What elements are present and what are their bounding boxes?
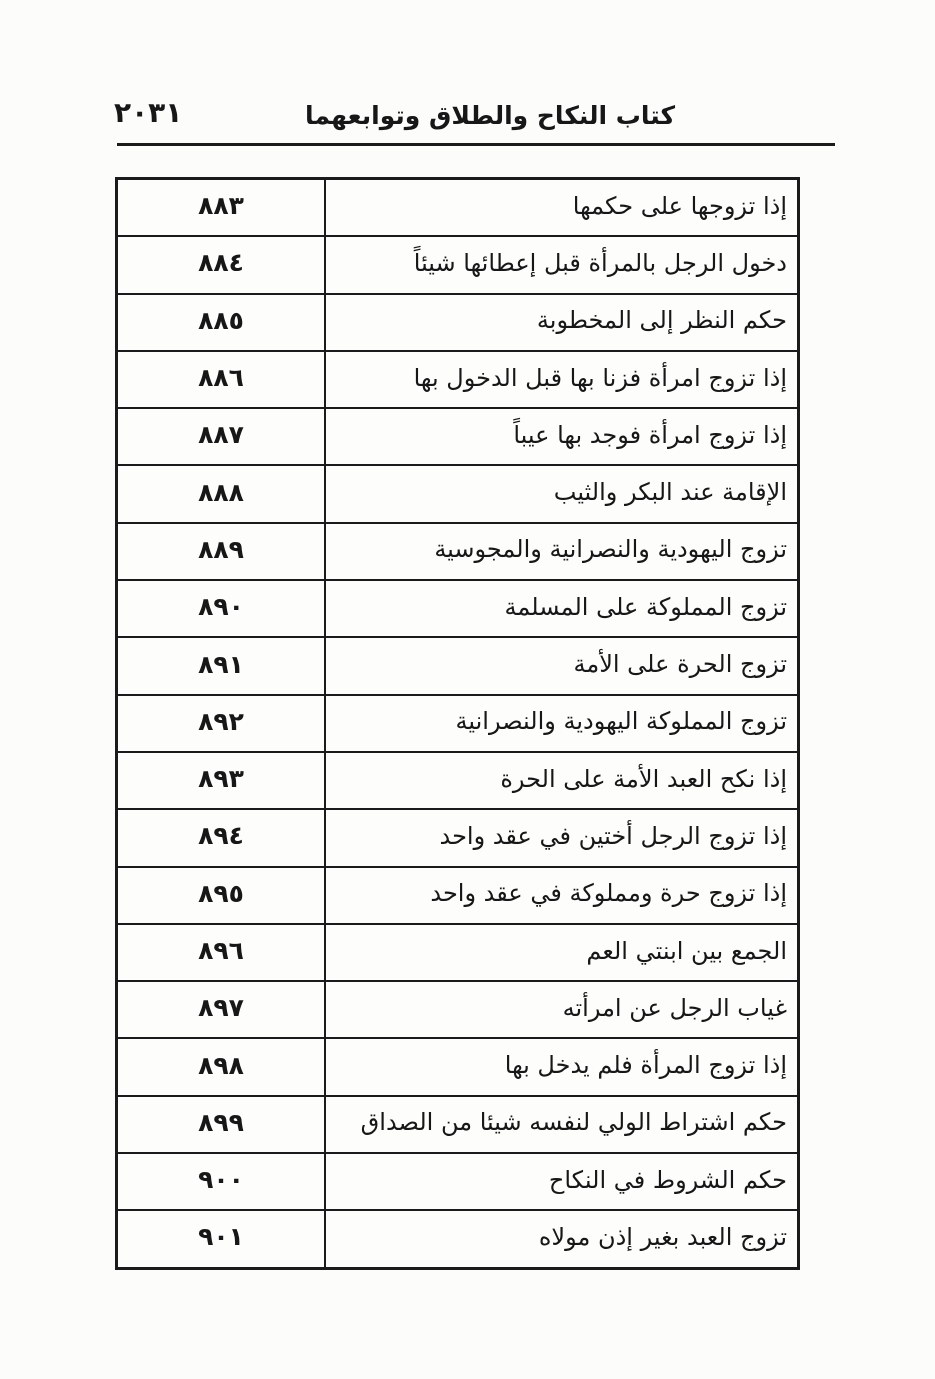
entry-page-number: ٨٨٤ bbox=[118, 237, 324, 292]
table-row: الجمع بين ابنتي العم٨٩٦ bbox=[118, 925, 797, 982]
entry-title: تزوج العبد بغير إذن مولاه bbox=[324, 1211, 797, 1266]
table-row: إذا تزوج حرة ومملوكة في عقد واحد٨٩٥ bbox=[118, 868, 797, 925]
entry-page-number: ٨٨٩ bbox=[118, 524, 324, 579]
entry-page-number: ٨٩٥ bbox=[118, 868, 324, 923]
entry-page-number: ٩٠١ bbox=[118, 1211, 324, 1266]
table-row: تزوج اليهودية والنصرانية والمجوسية٨٨٩ bbox=[118, 524, 797, 581]
header-rule bbox=[117, 143, 835, 146]
entry-page-number: ٨٨٦ bbox=[118, 352, 324, 407]
entry-page-number: ٨٨٣ bbox=[118, 180, 324, 235]
entry-title: الإقامة عند البكر والثيب bbox=[324, 466, 797, 521]
entry-page-number: ٨٩٢ bbox=[118, 696, 324, 751]
entry-page-number: ٨٩٦ bbox=[118, 925, 324, 980]
table-row: حكم الشروط في النكاح٩٠٠ bbox=[118, 1154, 797, 1211]
entry-title: دخول الرجل بالمرأة قبل إعطائها شيئاً bbox=[324, 237, 797, 292]
entry-title: إذا تزوجها على حكمها bbox=[324, 180, 797, 235]
entry-page-number: ٨٩٨ bbox=[118, 1039, 324, 1094]
table-row: تزوج المملوكة على المسلمة٨٩٠ bbox=[118, 581, 797, 638]
entry-title: غياب الرجل عن امرأته bbox=[324, 982, 797, 1037]
table-row: غياب الرجل عن امرأته٨٩٧ bbox=[118, 982, 797, 1039]
entry-title: إذا نكح العبد الأمة على الحرة bbox=[324, 753, 797, 808]
table-row: الإقامة عند البكر والثيب٨٨٨ bbox=[118, 466, 797, 523]
toc-table: إذا تزوجها على حكمها٨٨٣دخول الرجل بالمرأ… bbox=[115, 177, 800, 1270]
entry-page-number: ٨٩٠ bbox=[118, 581, 324, 636]
table-row: حكم اشتراط الولي لنفسه شيئا من الصداق٨٩٩ bbox=[118, 1097, 797, 1154]
table-row: إذا تزوج المرأة فلم يدخل بها٨٩٨ bbox=[118, 1039, 797, 1096]
entry-page-number: ٨٨٨ bbox=[118, 466, 324, 521]
entry-page-number: ٨٩٤ bbox=[118, 810, 324, 865]
table-row: إذا تزوج امرأة فزنا بها قبل الدخول بها٨٨… bbox=[118, 352, 797, 409]
entry-title: تزوج المملوكة على المسلمة bbox=[324, 581, 797, 636]
entry-page-number: ٨٨٧ bbox=[118, 409, 324, 464]
entry-title: إذا تزوج امرأة فوجد بها عيباً bbox=[324, 409, 797, 464]
table-row: إذا نكح العبد الأمة على الحرة٨٩٣ bbox=[118, 753, 797, 810]
entry-title: حكم اشتراط الولي لنفسه شيئا من الصداق bbox=[324, 1097, 797, 1152]
entry-title: إذا تزوج امرأة فزنا بها قبل الدخول بها bbox=[324, 352, 797, 407]
table-row: إذا تزوجها على حكمها٨٨٣ bbox=[118, 180, 797, 237]
table-row: تزوج العبد بغير إذن مولاه٩٠١ bbox=[118, 1211, 797, 1266]
book-page: { "header": { "page_number": "٢٠٣١", "ti… bbox=[0, 0, 935, 1379]
table-row: حكم النظر إلى المخطوبة٨٨٥ bbox=[118, 295, 797, 352]
entry-page-number: ٨٩٩ bbox=[118, 1097, 324, 1152]
entry-title: حكم الشروط في النكاح bbox=[324, 1154, 797, 1209]
table-row: تزوج المملوكة اليهودية والنصرانية٨٩٢ bbox=[118, 696, 797, 753]
entry-page-number: ٨٩١ bbox=[118, 638, 324, 693]
entry-title: الجمع بين ابنتي العم bbox=[324, 925, 797, 980]
entry-title: حكم النظر إلى المخطوبة bbox=[324, 295, 797, 350]
entry-title: إذا تزوج حرة ومملوكة في عقد واحد bbox=[324, 868, 797, 923]
entry-title: إذا تزوج الرجل أختين في عقد واحد bbox=[324, 810, 797, 865]
entry-title: تزوج اليهودية والنصرانية والمجوسية bbox=[324, 524, 797, 579]
page-number: ٢٠٣١ bbox=[114, 96, 182, 129]
entry-title: تزوج الحرة على الأمة bbox=[324, 638, 797, 693]
entry-page-number: ٨٨٥ bbox=[118, 295, 324, 350]
entry-title: تزوج المملوكة اليهودية والنصرانية bbox=[324, 696, 797, 751]
table-row: إذا تزوج امرأة فوجد بها عيباً٨٨٧ bbox=[118, 409, 797, 466]
entry-page-number: ٩٠٠ bbox=[118, 1154, 324, 1209]
entry-title: إذا تزوج المرأة فلم يدخل بها bbox=[324, 1039, 797, 1094]
entry-page-number: ٨٩٣ bbox=[118, 753, 324, 808]
table-row: دخول الرجل بالمرأة قبل إعطائها شيئاً٨٨٤ bbox=[118, 237, 797, 294]
entry-page-number: ٨٩٧ bbox=[118, 982, 324, 1037]
table-row: تزوج الحرة على الأمة٨٩١ bbox=[118, 638, 797, 695]
book-title-header: كتاب النكاح والطلاق وتوابعهما bbox=[305, 101, 675, 130]
table-row: إذا تزوج الرجل أختين في عقد واحد٨٩٤ bbox=[118, 810, 797, 867]
